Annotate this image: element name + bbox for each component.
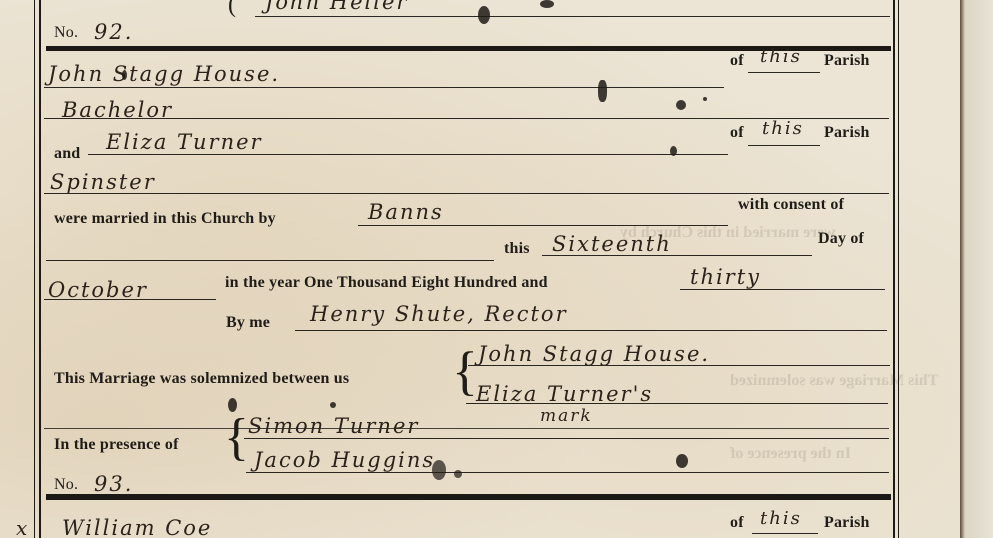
ink-blot bbox=[598, 80, 607, 102]
bride-condition-rule bbox=[44, 193, 889, 194]
groom-signature-rule bbox=[468, 365, 890, 366]
witness-2-signature: Jacob Huggins bbox=[254, 448, 435, 472]
month-rule bbox=[44, 299, 216, 300]
day-rule bbox=[542, 255, 812, 256]
groom-parish-rule bbox=[748, 72, 820, 73]
entry-separator bbox=[46, 494, 891, 500]
bride-parish-label: Parish bbox=[824, 124, 870, 142]
groom-parish-rule bbox=[752, 533, 818, 534]
year-rule bbox=[680, 289, 885, 290]
bleed-through-text: In the presence of bbox=[730, 445, 851, 463]
ink-blot bbox=[478, 6, 490, 24]
witness-1-rule bbox=[244, 438, 889, 439]
book-gutter bbox=[960, 0, 993, 538]
witness-2-rule bbox=[246, 472, 889, 473]
ink-blot bbox=[454, 470, 462, 478]
groom-parish-value: this bbox=[760, 508, 802, 529]
ink-blot bbox=[330, 402, 336, 408]
left-border-inner bbox=[39, 0, 41, 538]
ink-blot bbox=[432, 460, 446, 480]
groom-of-label: of bbox=[730, 52, 744, 70]
ink-blot bbox=[122, 70, 127, 80]
entry-number-label: No. bbox=[54, 24, 78, 42]
bride-name-rule bbox=[88, 154, 728, 155]
married-by-label: were married in this Church by bbox=[54, 210, 276, 228]
solemnized-label: This Marriage was solemnized between us bbox=[54, 370, 349, 388]
presence-label: In the presence of bbox=[54, 436, 179, 454]
day-label: Day of bbox=[818, 230, 864, 248]
day-value: Sixteenth bbox=[552, 232, 672, 256]
entry-number: 92. bbox=[94, 20, 133, 44]
married-by-value: Banns bbox=[368, 200, 444, 224]
consent-rule bbox=[46, 260, 494, 261]
bleed-through-text: This Marriage was solemnized bbox=[730, 372, 938, 390]
mark-rule bbox=[44, 428, 889, 429]
entry-number: 93. bbox=[94, 472, 133, 496]
bride-of-label: of bbox=[730, 124, 744, 142]
mark-note: mark bbox=[540, 406, 593, 426]
groom-name: John Stagg House. bbox=[48, 62, 280, 86]
right-border-inner bbox=[893, 0, 895, 538]
this-label: this bbox=[504, 240, 530, 258]
register-page: were married in this Church by This Marr… bbox=[0, 0, 960, 538]
previous-witness-rule bbox=[255, 16, 890, 17]
witness-brace: ( bbox=[228, 0, 236, 19]
officiant-rule bbox=[295, 330, 887, 331]
groom-name-rule bbox=[44, 87, 724, 88]
ink-blot bbox=[670, 146, 677, 156]
consent-label: with consent of bbox=[738, 196, 844, 214]
groom-parish-label: Parish bbox=[824, 52, 870, 70]
bride-parish-value: this bbox=[762, 118, 804, 139]
ink-blot bbox=[703, 97, 707, 101]
previous-witness-signature: John Heller bbox=[265, 0, 408, 14]
year-label: in the year One Thousand Eight Hundred a… bbox=[225, 274, 548, 292]
bride-name: Eliza Turner bbox=[106, 130, 263, 154]
married-by-rule bbox=[358, 225, 728, 226]
year-value: thirty bbox=[690, 265, 761, 289]
entry-number-label: No. bbox=[54, 476, 78, 494]
ink-blot bbox=[676, 454, 688, 468]
groom-parish-value: this bbox=[760, 46, 802, 67]
groom-of-label: of bbox=[730, 514, 744, 532]
right-border-outer bbox=[898, 0, 899, 538]
bride-signature-rule bbox=[466, 403, 888, 404]
bride-parish-rule bbox=[748, 145, 820, 146]
left-border-outer bbox=[34, 0, 35, 538]
ink-blot bbox=[228, 398, 237, 412]
groom-parish-label: Parish bbox=[824, 514, 870, 532]
groom-name: William Coe bbox=[62, 516, 212, 538]
margin-mark: x bbox=[16, 516, 29, 538]
and-label: and bbox=[54, 145, 80, 163]
bride-condition: Spinster bbox=[50, 170, 156, 194]
witness-1-signature: Simon Turner bbox=[248, 414, 419, 438]
groom-signature: John Stagg House. bbox=[478, 342, 710, 366]
by-me-label: By me bbox=[226, 314, 270, 332]
signature-brace: { bbox=[452, 340, 478, 402]
ink-blot bbox=[676, 100, 686, 110]
ink-blot bbox=[540, 0, 554, 8]
officiant-signature: Henry Shute, Rector bbox=[310, 302, 568, 326]
